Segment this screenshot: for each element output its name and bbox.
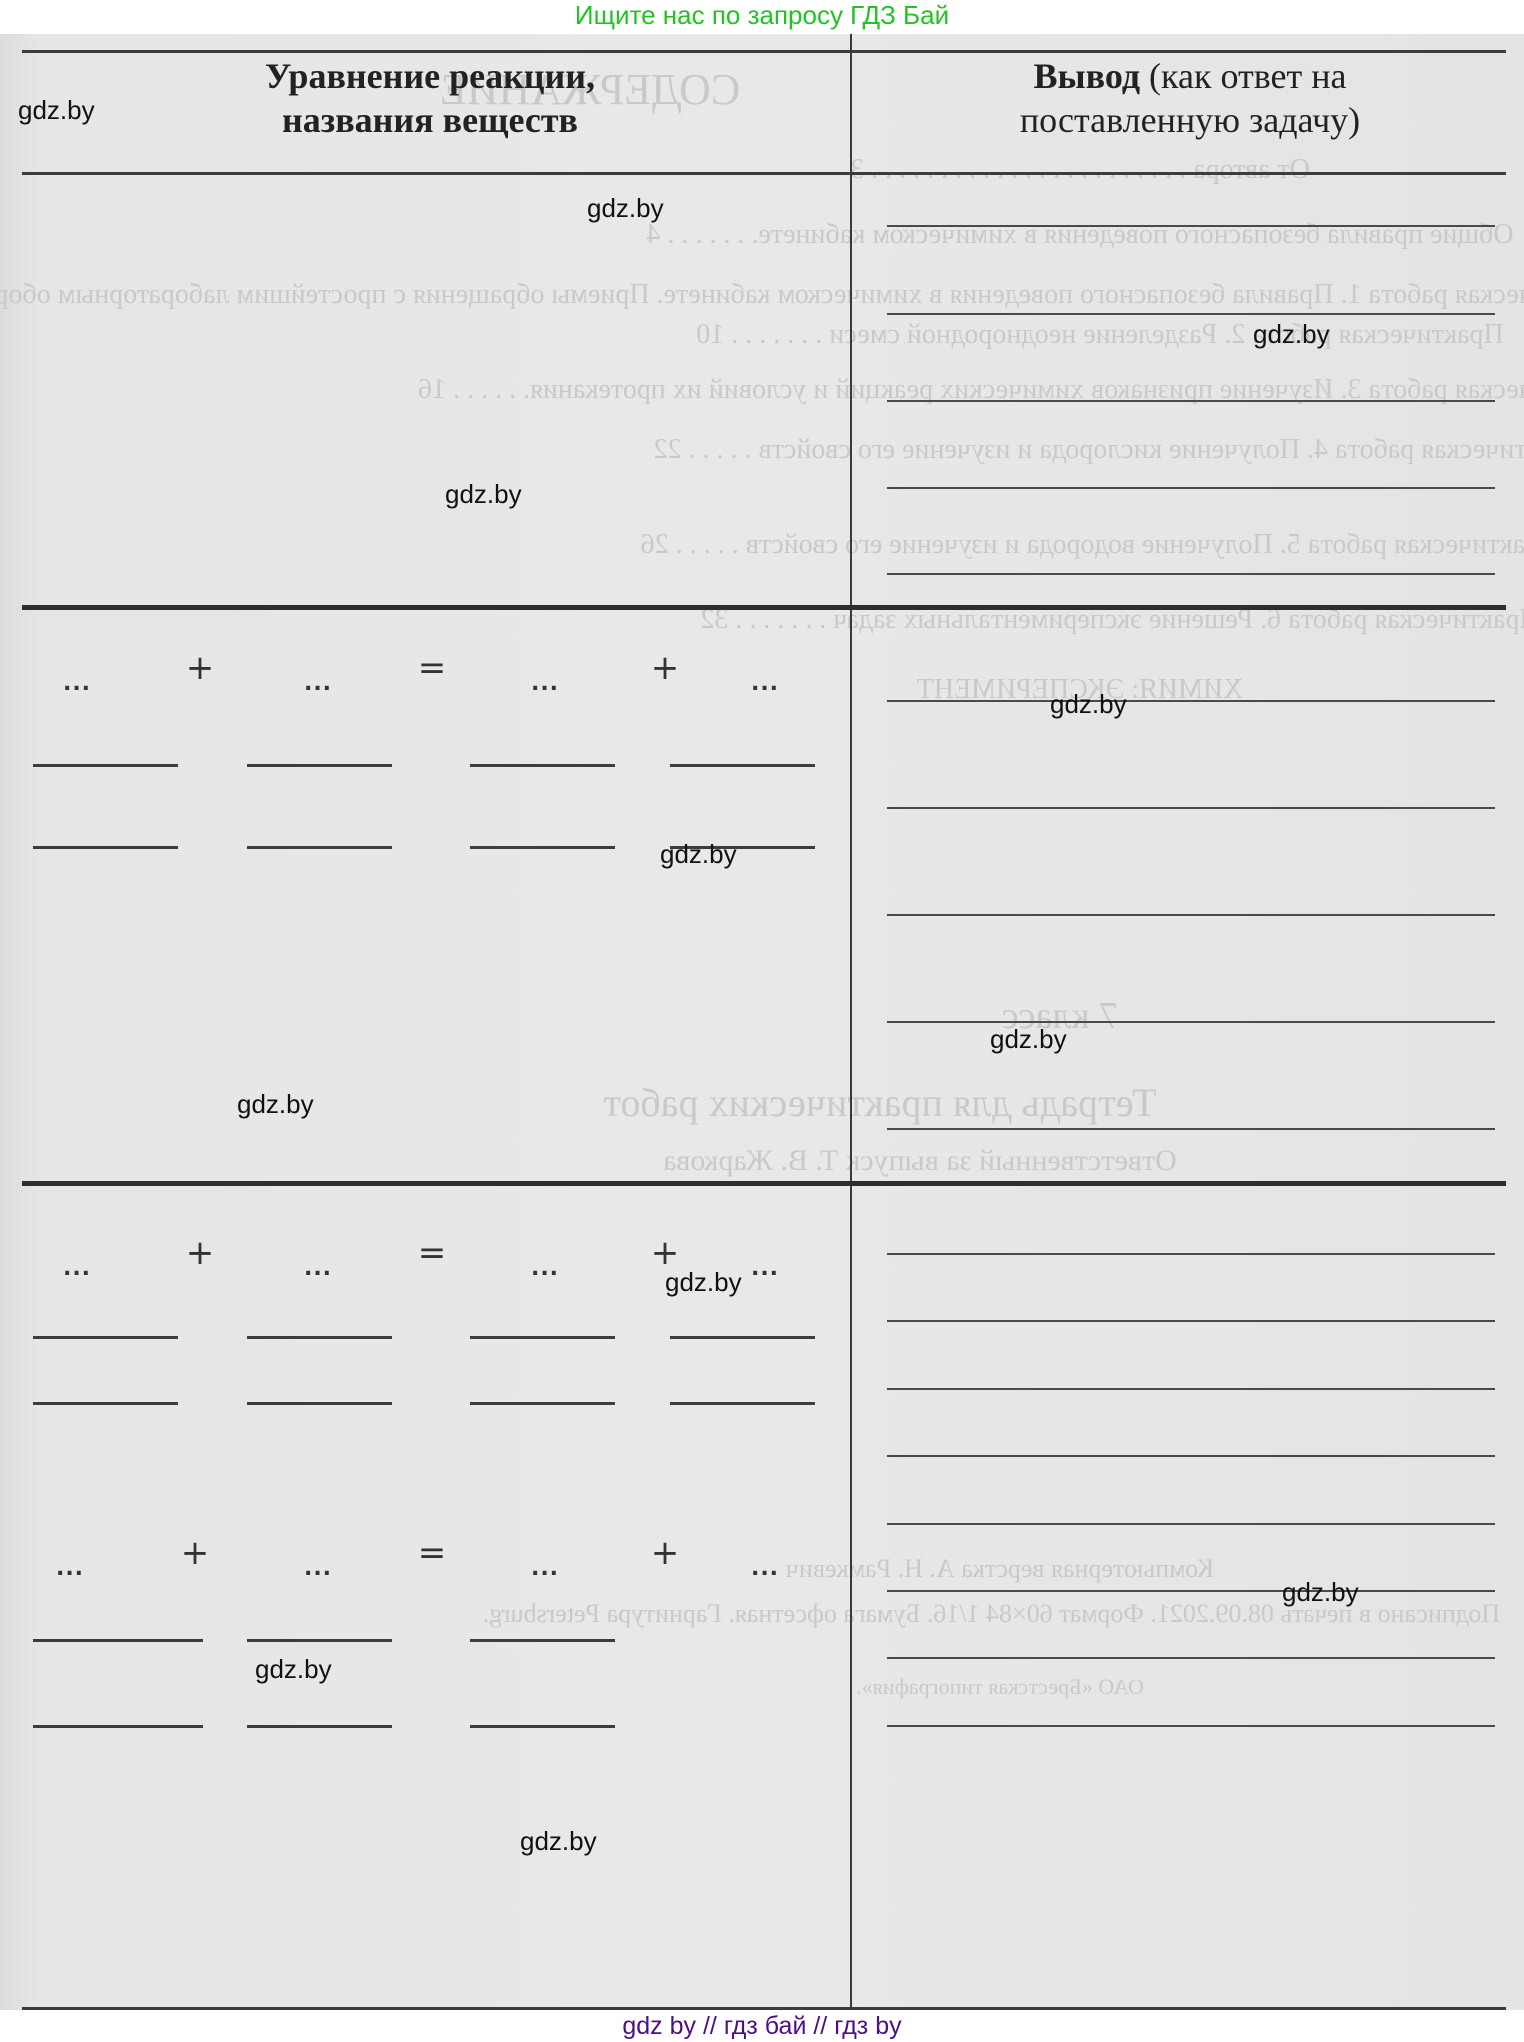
plus-sign: + [651,1236,680,1270]
substance-placeholder[interactable]: ... [56,1556,84,1581]
blank-line[interactable] [247,1639,392,1642]
blank-line[interactable] [470,1725,615,1728]
substance-placeholder[interactable]: ... [304,671,332,696]
header-conclusion-line2: поставленную задачу) [1020,100,1360,140]
blank-line[interactable] [33,1402,178,1405]
watermark: gdz.by [237,1090,314,1118]
blank-line[interactable] [33,846,178,849]
ghost-line: Практическая работа 5. Получение водород… [600,529,1524,561]
answer-line[interactable] [887,1455,1495,1457]
blank-line[interactable] [470,1336,615,1339]
answer-line[interactable] [887,807,1495,809]
answer-line[interactable] [887,1725,1495,1727]
watermark: gdz.by [1050,690,1127,718]
answer-line[interactable] [887,1590,1495,1592]
answer-line[interactable] [887,573,1495,575]
substance-placeholder[interactable]: ... [63,671,91,696]
substance-placeholder[interactable]: ... [751,671,779,696]
ghost-line: Ответственный за выпуск Т. В. Жаркова [420,1144,1420,1178]
substance-placeholder[interactable]: ... [751,1556,779,1581]
plus-sign: + [186,651,215,685]
workbook-page: СОДЕРЖАНИЕОт автора . . . . . . . . . . … [0,34,1524,2010]
substance-placeholder[interactable]: ... [304,1556,332,1581]
watermark: gdz.by [990,1025,1067,1053]
blank-line[interactable] [247,1402,392,1405]
column-divider [850,34,852,2010]
substance-placeholder[interactable]: ... [304,1256,332,1281]
blank-line[interactable] [670,1336,815,1339]
answer-line[interactable] [887,400,1495,402]
header-conclusion: Вывод (как ответ на поставленную задачу) [930,54,1450,142]
substance-placeholder[interactable]: ... [751,1256,779,1281]
equals-sign: = [418,651,447,685]
banner-text: gdz by // гдз бай // гдз by [622,2012,901,2040]
answer-line[interactable] [887,1320,1495,1322]
equals-sign: = [418,1236,447,1270]
plus-sign: + [651,651,680,685]
answer-line[interactable] [887,1388,1495,1390]
answer-line[interactable] [887,1523,1495,1525]
answer-line[interactable] [887,914,1495,916]
watermark: gdz.by [1253,320,1330,348]
answer-line[interactable] [887,1657,1495,1659]
substance-placeholder[interactable]: ... [531,671,559,696]
blank-line[interactable] [247,1336,392,1339]
blank-line[interactable] [247,1725,392,1728]
watermark: gdz.by [587,194,664,222]
ghost-line: Практическая работа 1. Правила безопасно… [620,279,1524,311]
ghost-line: Тетрадь для практических работ [380,1079,1380,1126]
blank-line[interactable] [33,764,178,767]
answer-line[interactable] [887,700,1495,702]
substance-placeholder[interactable]: ... [531,1556,559,1581]
header-equation: Уравнение реакции, названия веществ [180,54,680,142]
bottom-banner: gdz by // гдз бай // гдз by [0,2010,1524,2042]
blank-line[interactable] [247,764,392,767]
header-equation-line1: Уравнение реакции, [265,56,595,96]
watermark: gdz.by [445,480,522,508]
watermark: gdz.by [18,96,95,124]
blank-line[interactable] [33,1725,203,1728]
ghost-line: Общие правила безопасного поведения в хи… [580,219,1524,251]
substance-placeholder[interactable]: ... [531,1256,559,1281]
watermark: gdz.by [660,840,737,868]
header-conclusion-rest: (как ответ на [1140,56,1346,96]
ghost-line: Практическая работа 4. Получение кислоро… [620,434,1524,466]
ghost-line: Практическая работа 2. Разделение неодно… [600,319,1524,351]
banner-text: Ищите нас по запросу ГДЗ Бай [575,0,949,30]
ghost-line: От автора . . . . . . . . . . . . . . . … [580,154,1524,186]
blank-line[interactable] [470,1639,615,1642]
answer-line[interactable] [887,1021,1495,1023]
watermark: gdz.by [520,1827,597,1855]
plus-sign: + [186,1236,215,1270]
blank-line[interactable] [470,846,615,849]
answer-line[interactable] [887,1253,1495,1255]
answer-line[interactable] [887,487,1495,489]
answer-line[interactable] [887,1128,1495,1130]
watermark: gdz.by [1282,1578,1359,1606]
header-conclusion-bold: Вывод [1034,56,1141,96]
watermark: gdz.by [255,1655,332,1683]
plus-sign: + [181,1536,210,1570]
watermark: gdz.by [665,1268,742,1296]
blank-line[interactable] [470,1402,615,1405]
blank-line[interactable] [247,846,392,849]
answer-line[interactable] [887,225,1495,227]
substance-placeholder[interactable]: ... [63,1256,91,1281]
header-bottom-border [22,172,1506,175]
block-separator [22,1181,1506,1186]
blank-line[interactable] [670,1402,815,1405]
plus-sign: + [651,1536,680,1570]
header-equation-line2: названия веществ [282,100,578,140]
blank-line[interactable] [33,1639,203,1642]
answer-line[interactable] [887,313,1495,315]
blank-line[interactable] [33,1336,178,1339]
blank-line[interactable] [670,764,815,767]
top-banner: Ищите нас по запросу ГДЗ Бай [0,0,1524,34]
equals-sign: = [418,1536,447,1570]
block-separator [22,605,1506,610]
table-top-border [22,50,1506,53]
blank-line[interactable] [470,764,615,767]
ghost-line: ОАО «Брестская типография». [500,1674,1500,1700]
